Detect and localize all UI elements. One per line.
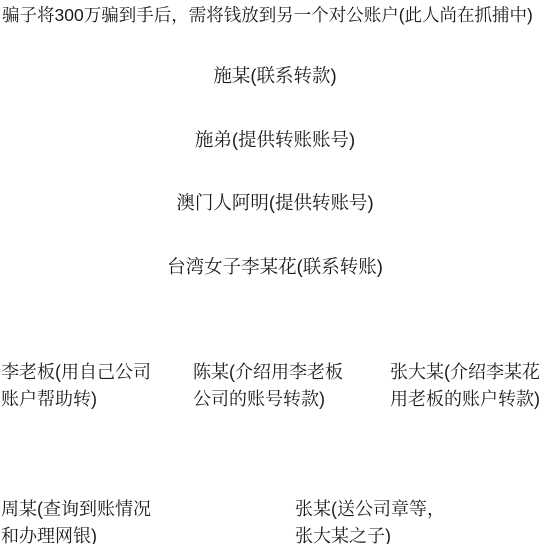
node-macau-a-ming: 澳门人阿明(提供转账号)	[0, 191, 550, 215]
node-chen-mou-line1: 陈某(介绍用李老板	[193, 359, 343, 386]
node-zhou-mou-line1: 周某(查询到账情况	[1, 496, 151, 523]
node-zhang-da-mou-line2: 用老板的账户转款)	[390, 386, 540, 413]
node-zhou-mou: 周某(查询到账情况 和办理网银)	[1, 496, 151, 544]
node-zhang-mou: 张某(送公司章等， 张大某之子)	[295, 496, 445, 544]
node-zhang-mou-line2: 张大某之子)	[295, 523, 445, 544]
node-li-laoban-line1: 李老板(用自己公司	[1, 359, 151, 386]
node-zhang-mou-line1: 张某(送公司章等，	[295, 496, 445, 523]
node-zhou-mou-line2: 和办理网银)	[1, 523, 151, 544]
node-li-laoban: 李老板(用自己公司 账户帮助转)	[1, 359, 151, 413]
node-taiwan-li-mou-hua: 台湾女子李某花(联系转账)	[0, 255, 550, 279]
node-zhang-da-mou: 张大某(介绍李某花 用老板的账户转款)	[390, 359, 540, 413]
node-shi-di: 施弟(提供转账账号)	[0, 128, 550, 152]
node-chen-mou: 陈某(介绍用李老板 公司的账号转款)	[193, 359, 343, 413]
node-li-laoban-line2: 账户帮助转)	[1, 386, 151, 413]
node-shi-mou: 施某(联系转款)	[0, 64, 550, 88]
fraud-case-flow-diagram: 骗子将300万骗到手后，需将钱放到另一个对公账户(此人尚在抓捕中) 施某(联系转…	[0, 0, 550, 544]
node-zhang-da-mou-line1: 张大某(介绍李某花	[390, 359, 540, 386]
case-flow-title: 骗子将300万骗到手后，需将钱放到另一个对公账户(此人尚在抓捕中)	[2, 4, 533, 26]
node-chen-mou-line2: 公司的账号转款)	[193, 386, 343, 413]
